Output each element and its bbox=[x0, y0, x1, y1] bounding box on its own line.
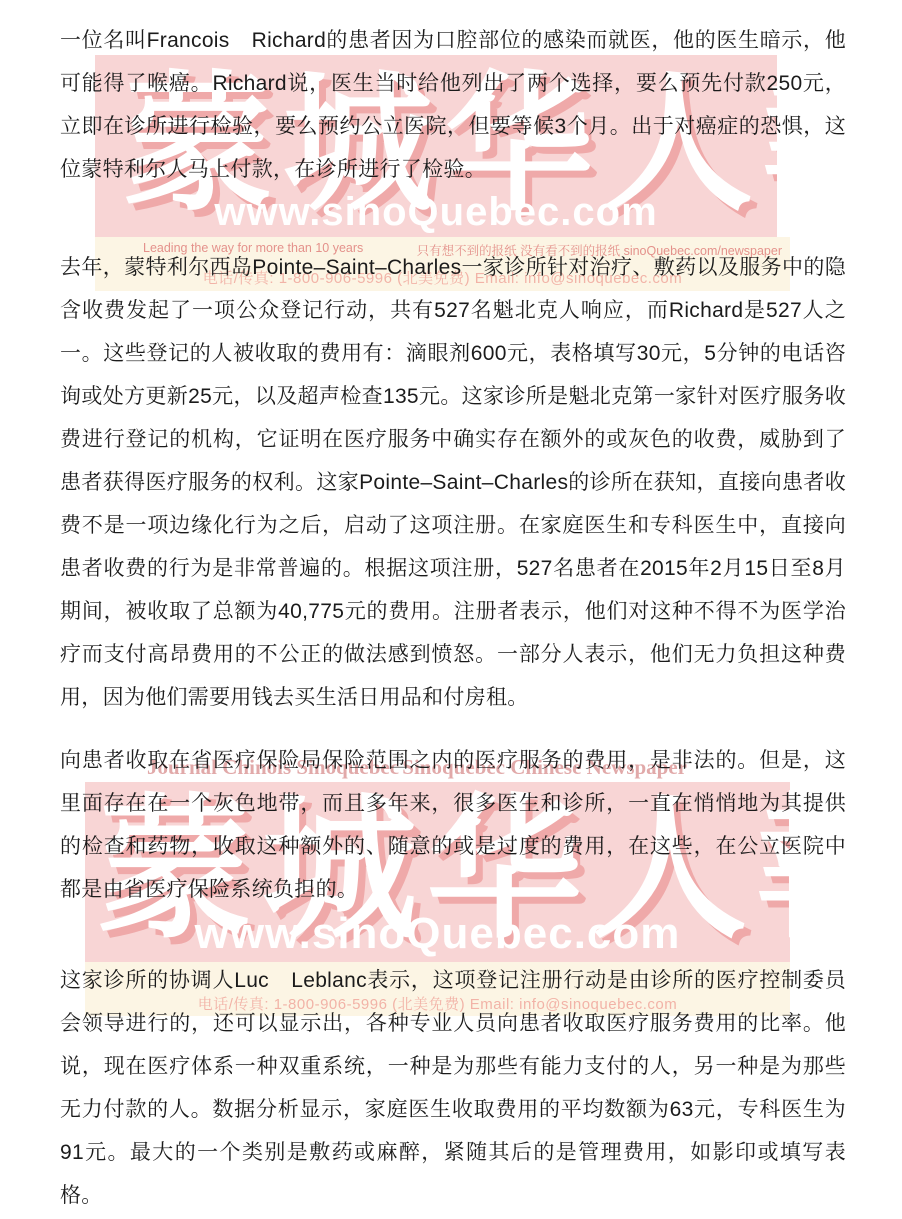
article-paragraph-4: 这家诊所的协调人Luc Leblanc表示，这项登记注册行动是由诊所的医疗控制委… bbox=[60, 959, 846, 1217]
article-paragraph-2: 去年，蒙特利尔西岛Pointe–Saint–Charles一家诊所针对治疗、敷药… bbox=[60, 246, 846, 719]
watermark-site-url: www.sinoQuebec.com bbox=[95, 190, 777, 235]
article-paragraph-3: 向患者收取在省医疗保险局保险范围之内的医疗服务的费用，是非法的。但是，这里面存在… bbox=[60, 739, 846, 911]
article-paragraph-1: 一位名叫Francois Richard的患者因为口腔部位的感染而就医，他的医生… bbox=[60, 19, 846, 191]
watermark-site-url: www.sinoQuebec.com bbox=[85, 909, 790, 959]
